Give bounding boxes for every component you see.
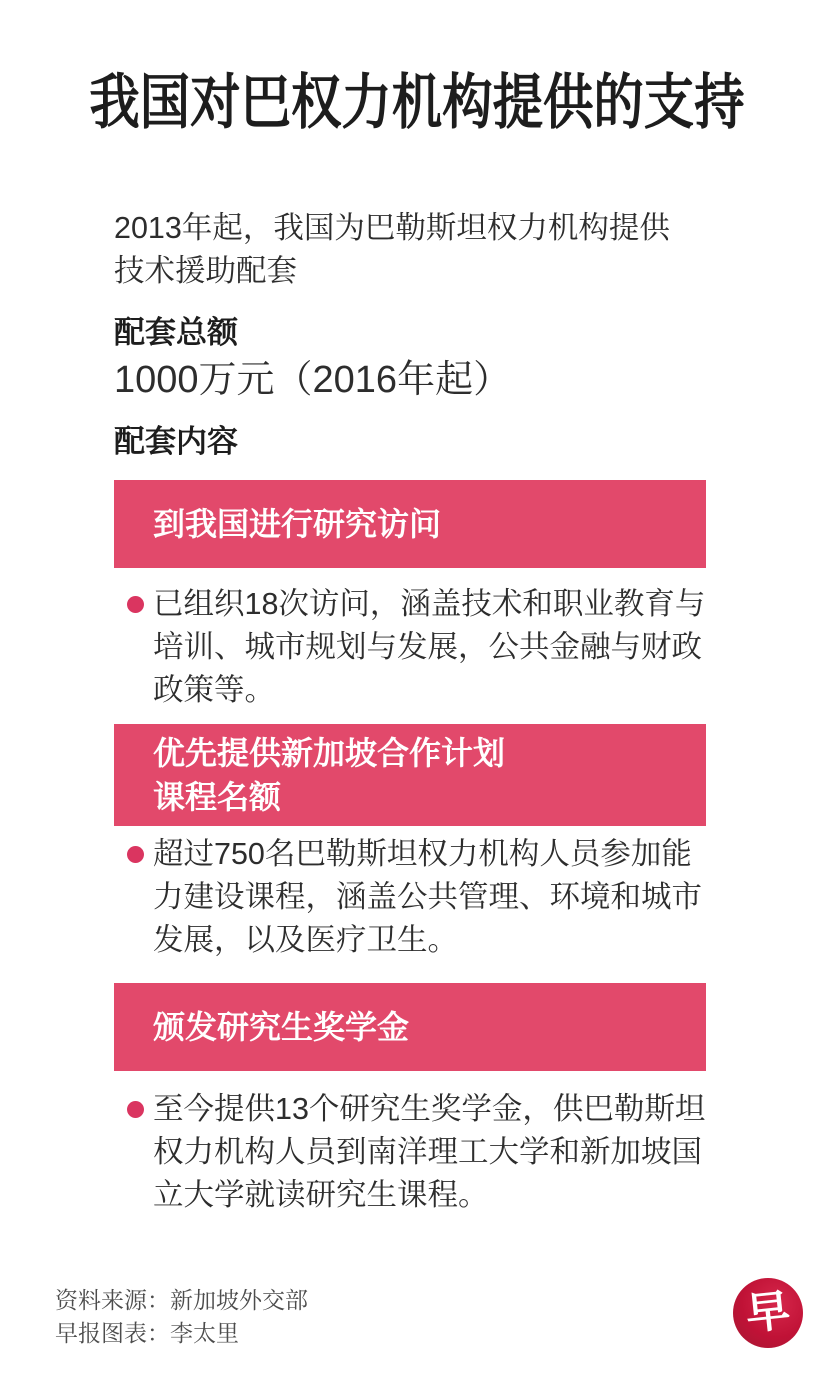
bullet-icon: [127, 596, 144, 613]
footer: 资料来源：新加坡外交部 早报图表：李太里: [55, 1284, 308, 1350]
section-banner-research-visits: 到我国进行研究访问: [114, 480, 706, 568]
bullet-icon: [127, 1101, 144, 1118]
section-heading: 到我国进行研究访问: [153, 502, 441, 546]
bullet-icon: [127, 846, 144, 863]
credit-line: 早报图表：李太里: [55, 1317, 308, 1350]
section-detail-text: 超过750名巴勒斯坦权力机构人员参加能 力建设课程，涵盖公共管理、环境和城市 发…: [153, 833, 706, 962]
intro-paragraph: 2013年起，我国为巴勒斯坦权力机构提供 技术援助配套: [114, 207, 694, 293]
section-detail-scholarships: 至今提供13个研究生奖学金，供巴勒斯坦 权力机构人员到南洋理工大学和新加坡国 立…: [114, 1088, 706, 1217]
zaobao-logo-icon: 早: [733, 1278, 803, 1348]
section-detail-cooperation-programme: 超过750名巴勒斯坦权力机构人员参加能 力建设课程，涵盖公共管理、环境和城市 发…: [114, 833, 706, 962]
section-heading: 颁发研究生奖学金: [153, 1005, 409, 1049]
zaobao-logo-glyph: 早: [744, 1289, 792, 1337]
section-detail-research-visits: 已组织18次访问，涵盖技术和职业教育与 培训、城市规划与发展，公共金融与财政 政…: [114, 583, 706, 712]
section-banner-cooperation-programme: 优先提供新加坡合作计划 课程名额: [114, 724, 706, 826]
content-column: 2013年起，我国为巴勒斯坦权力机构提供 技术援助配套 配套总额 1000万元（…: [114, 207, 706, 1217]
section-detail-text: 已组织18次访问，涵盖技术和职业教育与 培训、城市规划与发展，公共金融与财政 政…: [153, 583, 706, 712]
source-line: 资料来源：新加坡外交部: [55, 1284, 308, 1317]
section-detail-text: 至今提供13个研究生奖学金，供巴勒斯坦 权力机构人员到南洋理工大学和新加坡国 立…: [153, 1088, 706, 1217]
section-heading: 优先提供新加坡合作计划 课程名额: [153, 731, 505, 819]
page-title: 我国对巴权力机构提供的支持: [0, 64, 834, 142]
package-total-label: 配套总额: [114, 312, 706, 354]
infographic-page: 我国对巴权力机构提供的支持 2013年起，我国为巴勒斯坦权力机构提供 技术援助配…: [0, 0, 834, 1381]
section-banner-scholarships: 颁发研究生奖学金: [114, 983, 706, 1071]
package-content-label: 配套内容: [114, 421, 706, 463]
page-title-text: 我国对巴权力机构提供的支持: [89, 64, 744, 142]
package-total-value: 1000万元（2016年起）: [114, 356, 706, 404]
